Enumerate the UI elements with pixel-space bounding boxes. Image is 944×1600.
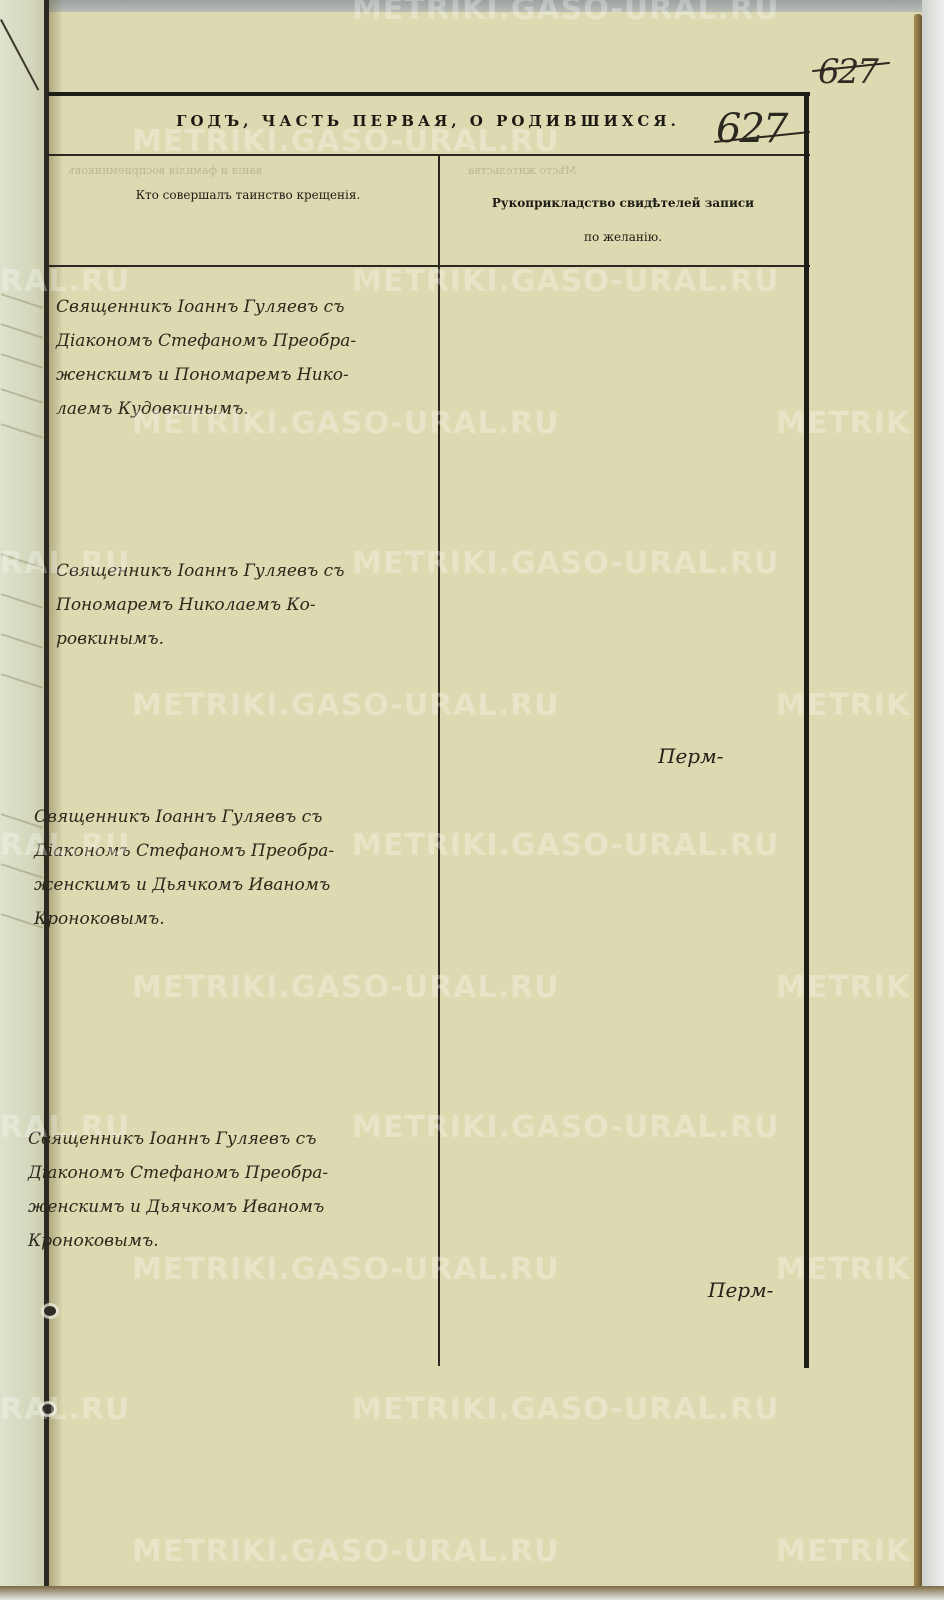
folio-number-inner: 627 bbox=[716, 106, 786, 152]
handwritten-line: лаемъ Кудовкинымъ. bbox=[56, 392, 486, 426]
table-top-rule bbox=[48, 92, 810, 96]
facing-page-handwriting bbox=[1, 323, 43, 338]
handwritten-line: Пономаремъ Николаемъ Ко- bbox=[56, 588, 486, 622]
handwritten-line: женскимъ и Пономаремъ Нико- bbox=[56, 358, 486, 392]
bleedthrough-text: ванія и фамилія восприемниковъ bbox=[68, 164, 262, 177]
facing-page-handwriting bbox=[1, 423, 43, 438]
entry-3-baptized-by: Священникъ Іоаннъ Гуляевъ съ Діакономъ С… bbox=[34, 800, 464, 936]
binding-hole bbox=[44, 1306, 56, 1316]
facing-page-handwriting bbox=[1, 293, 43, 308]
facing-page-rule bbox=[0, 19, 39, 91]
scanned-register-page: 627 ГОДЪ, ЧАСТЬ ПЕРВАЯ, О РОДИВШИХСЯ. 62… bbox=[0, 0, 944, 1600]
facing-page-handwriting bbox=[1, 388, 43, 403]
entry-2-baptized-by: Священникъ Іоаннъ Гуляевъ съ Пономаремъ … bbox=[56, 554, 486, 656]
handwritten-line: женскимъ и Дьячкомъ Иваномъ bbox=[28, 1190, 458, 1224]
entry-1-baptized-by: Священникъ Іоаннъ Гуляевъ съ Діакономъ С… bbox=[56, 290, 486, 426]
handwritten-line: Кроноковымъ. bbox=[28, 1224, 458, 1258]
facing-page-handwriting bbox=[1, 553, 43, 568]
facing-page-handwriting bbox=[1, 673, 43, 688]
scan-top-strip bbox=[0, 0, 944, 12]
page-right-edge bbox=[914, 14, 922, 1589]
handwritten-line: Кроноковымъ. bbox=[34, 902, 464, 936]
column-header-witness-line2: по желанію. bbox=[448, 230, 798, 244]
scanner-background bbox=[922, 0, 944, 1600]
handwritten-line: Священникъ Іоаннъ Гуляевъ съ bbox=[28, 1122, 458, 1156]
handwritten-line: Діакономъ Стефаномъ Преобра- bbox=[34, 834, 464, 868]
handwritten-line: Священникъ Іоаннъ Гуляевъ съ bbox=[56, 290, 486, 324]
binding-hole bbox=[42, 1404, 54, 1414]
handwritten-line: Священникъ Іоаннъ Гуляевъ съ bbox=[56, 554, 486, 588]
entry-2-witness-signature: Перм- bbox=[658, 744, 723, 768]
page-title: ГОДЪ, ЧАСТЬ ПЕРВАЯ, О РОДИВШИХСЯ. bbox=[148, 112, 708, 130]
column-header-witness-line1: Рукоприкладство свидѣтелей записи bbox=[448, 196, 798, 210]
handwritten-line: женскимъ и Дьячкомъ Иваномъ bbox=[34, 868, 464, 902]
facing-page-handwriting bbox=[1, 593, 43, 608]
page-bottom-edge bbox=[0, 1586, 944, 1600]
handwritten-line: ровкинымъ. bbox=[56, 622, 486, 656]
handwritten-line: Священникъ Іоаннъ Гуляевъ съ bbox=[34, 800, 464, 834]
handwritten-line: Діакономъ Стефаномъ Преобра- bbox=[28, 1156, 458, 1190]
handwritten-line: Діакономъ Стефаномъ Преобра- bbox=[56, 324, 486, 358]
register-table: ГОДЪ, ЧАСТЬ ПЕРВАЯ, О РОДИВШИХСЯ. 627 ва… bbox=[48, 92, 810, 1368]
facing-page-handwriting bbox=[1, 633, 43, 648]
column-header-rule bbox=[48, 265, 810, 267]
facing-page-handwriting bbox=[1, 353, 43, 368]
column-header-baptized-by: Кто совершалъ таинство крещенія. bbox=[58, 188, 438, 202]
entry-4-witness-signature: Перм- bbox=[708, 1278, 773, 1302]
entry-4-baptized-by: Священникъ Іоаннъ Гуляевъ съ Діакономъ С… bbox=[28, 1122, 458, 1258]
table-right-border bbox=[804, 96, 809, 1368]
bleedthrough-text: Мѣсто жительства bbox=[468, 164, 576, 177]
folio-number-outer: 627 bbox=[818, 52, 877, 92]
header-rule bbox=[48, 154, 810, 156]
